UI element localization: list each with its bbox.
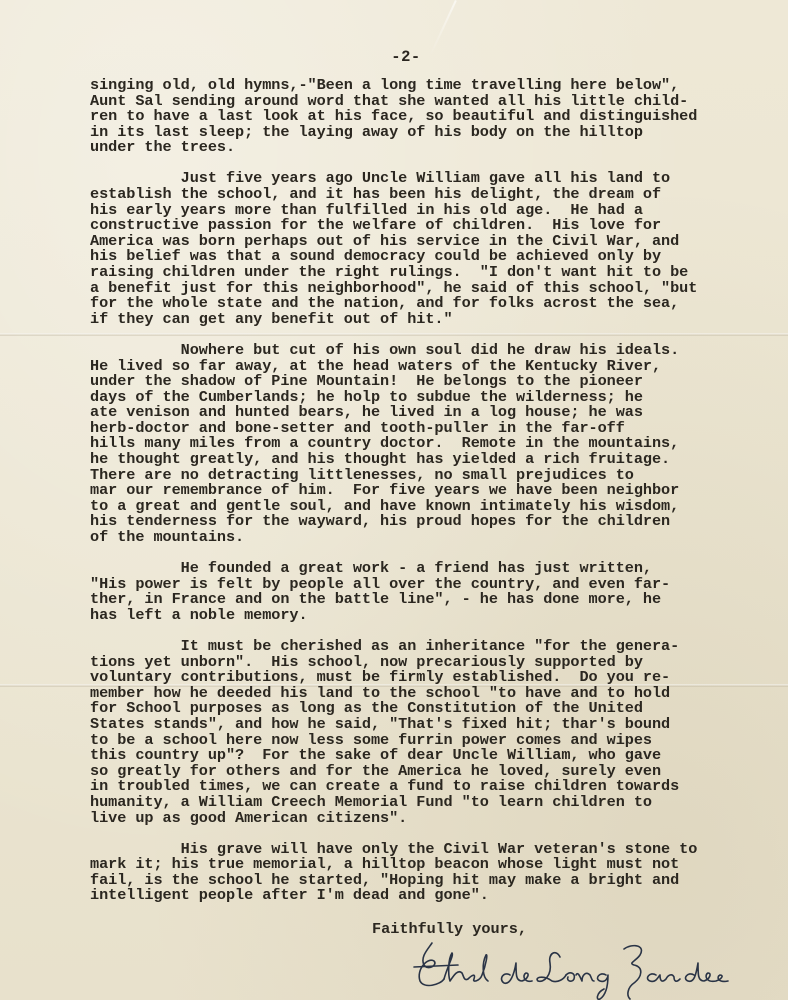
paragraph: His grave will have only the Civil War v… bbox=[90, 842, 740, 904]
text-line: has left a noble memory. bbox=[90, 608, 740, 624]
paragraph: He founded a great work - a friend has j… bbox=[90, 561, 740, 623]
handwritten-signature bbox=[410, 935, 740, 1000]
text-line: live up as good American citizens". bbox=[90, 811, 740, 827]
text-line: of the mountains. bbox=[90, 530, 740, 546]
text-line: under the trees. bbox=[90, 140, 740, 156]
text-line: intelligent people after I'm dead and go… bbox=[90, 888, 740, 904]
paper-crease bbox=[430, 0, 457, 55]
letter-page: -2- singing old, old hymns,-"Been a long… bbox=[0, 0, 788, 1000]
paragraph: singing old, old hymns,-"Been a long tim… bbox=[90, 78, 740, 156]
paragraph: Nowhere but cut of his own soul did he d… bbox=[90, 343, 740, 546]
paragraph: Just five years ago Uncle William gave a… bbox=[90, 171, 740, 327]
text-line: if they can get any benefit out of hit." bbox=[90, 312, 740, 328]
page-number: -2- bbox=[0, 48, 788, 66]
paragraph: It must be cherished as an inheritance "… bbox=[90, 639, 740, 826]
letter-body: singing old, old hymns,-"Been a long tim… bbox=[90, 78, 740, 920]
